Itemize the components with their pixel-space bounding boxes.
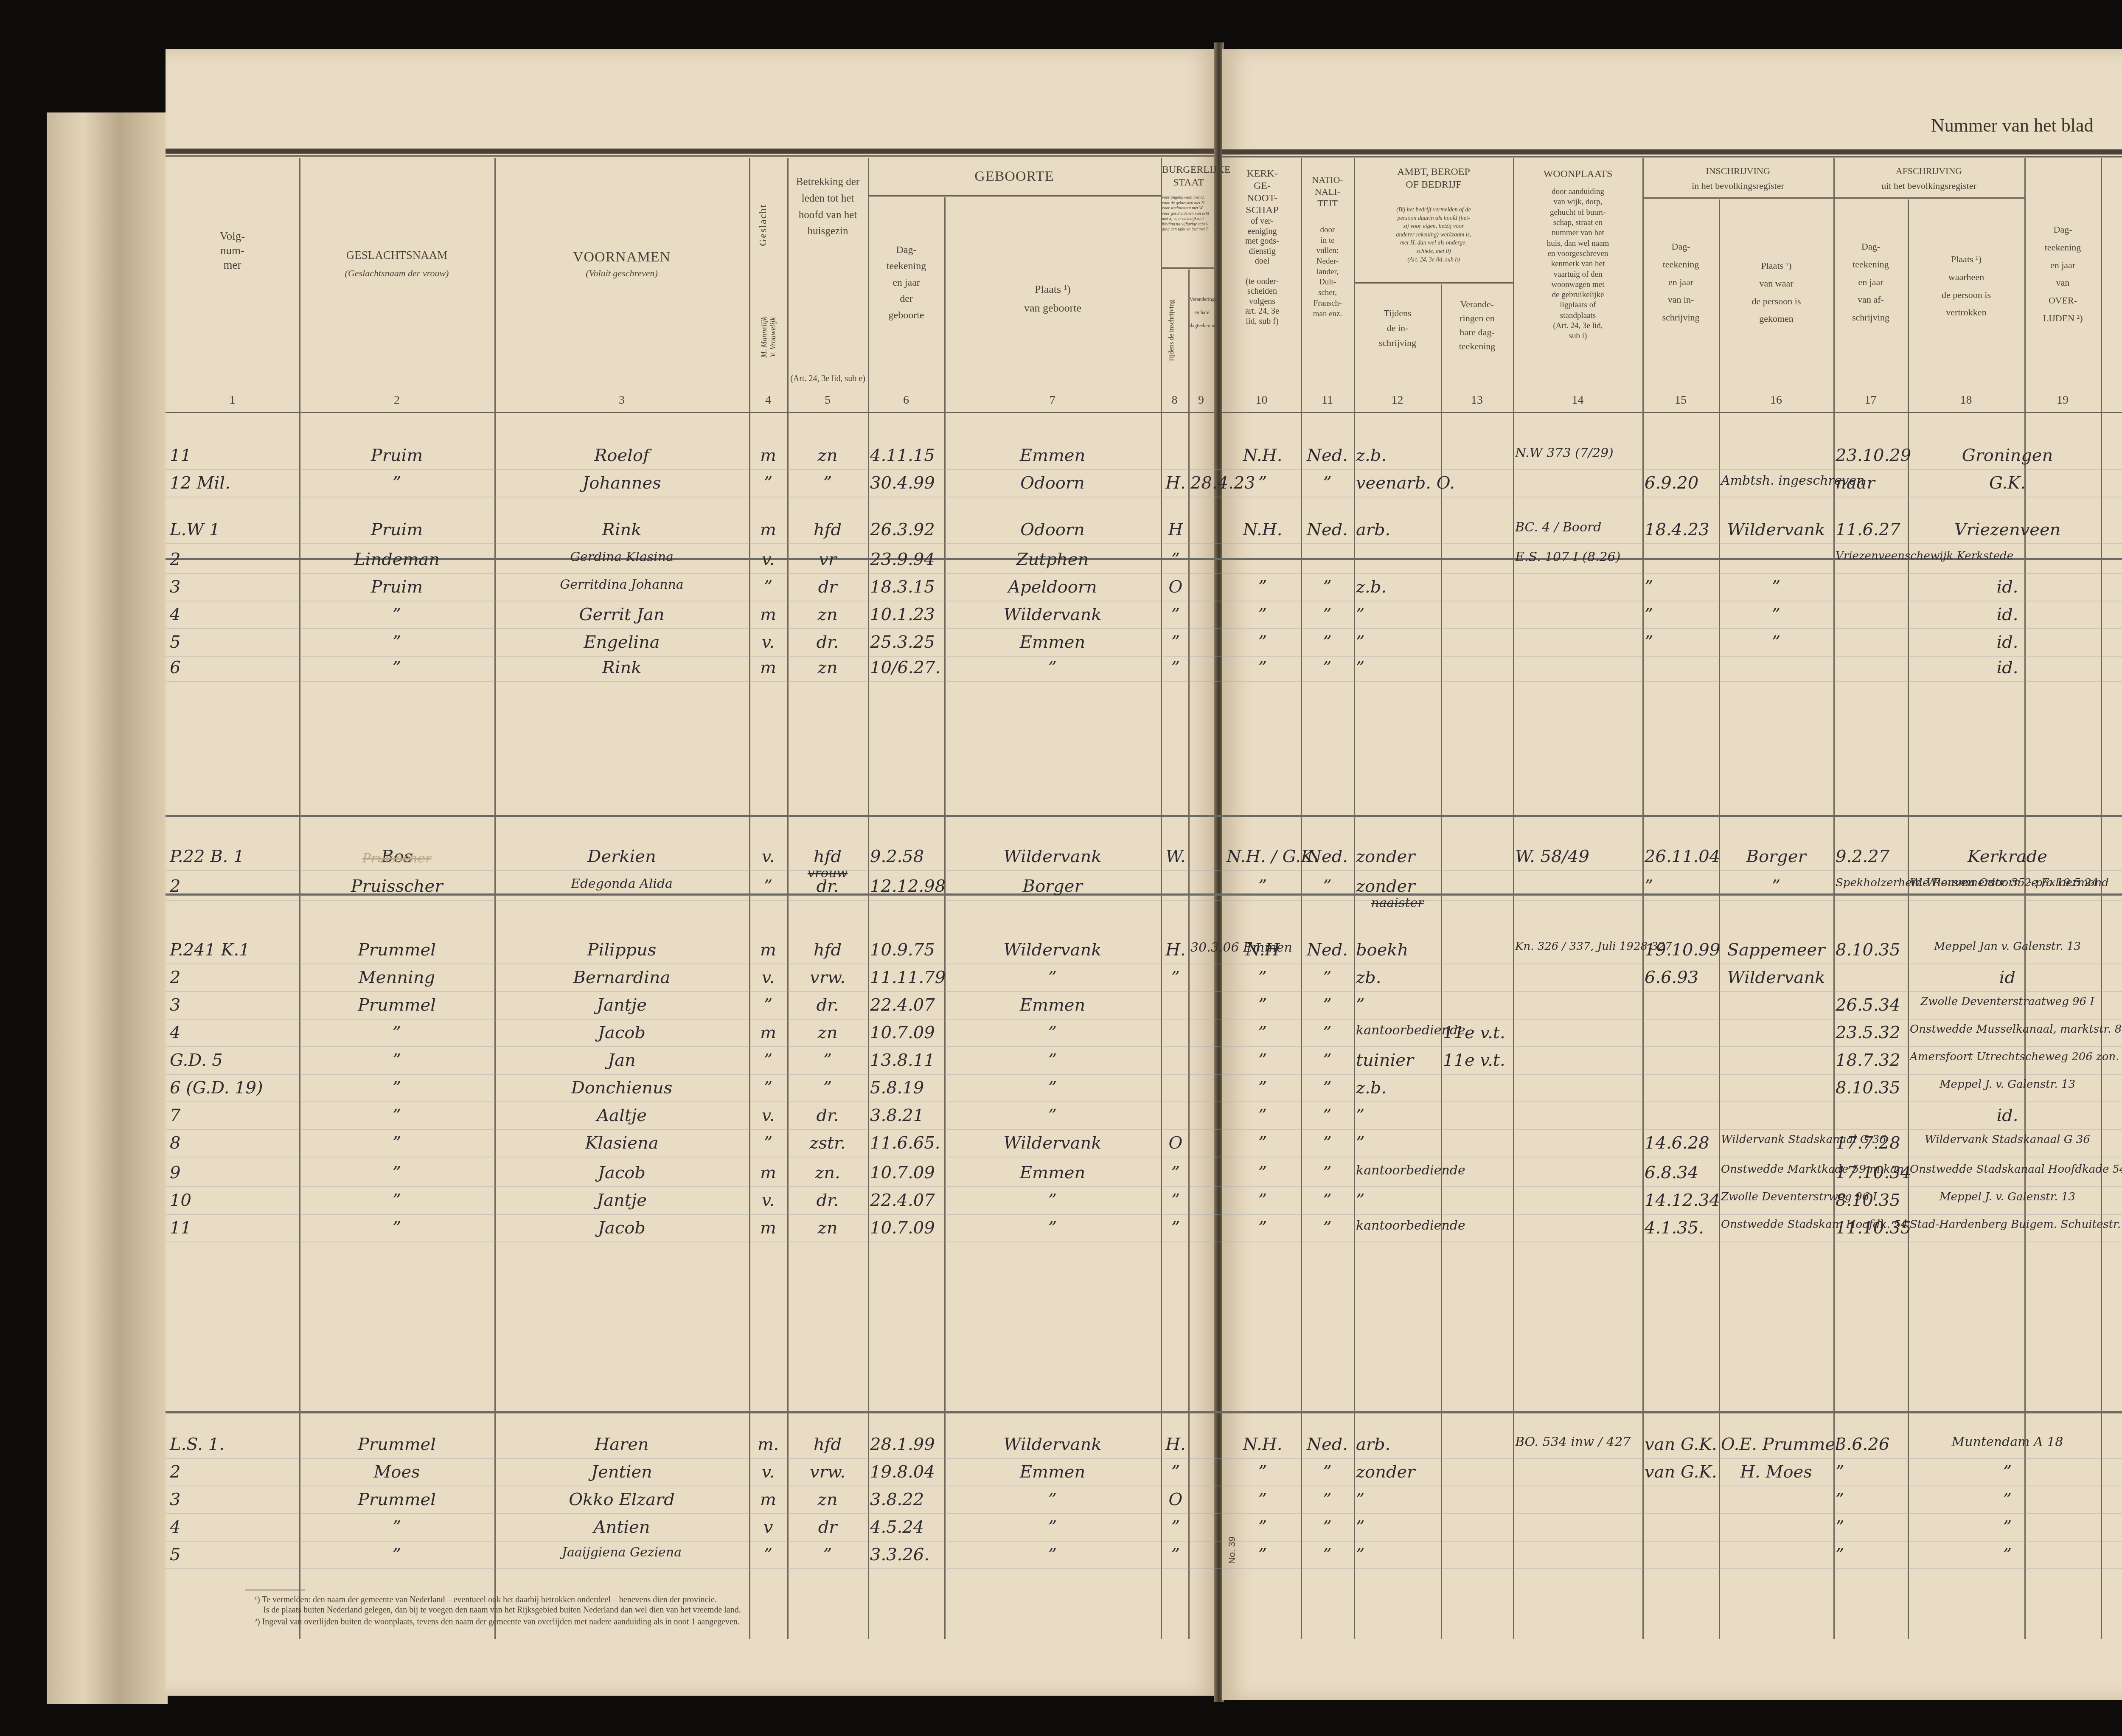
row-15-col-13: 11e v.t. xyxy=(1443,1051,1511,1070)
row-3-col-6: 26.3.92 xyxy=(870,520,942,539)
row-26-col-17: ” xyxy=(1836,1545,1906,1565)
row-3-col-3: Rink xyxy=(499,520,745,539)
row-17-col-6: 3.8.21 xyxy=(870,1106,942,1125)
row-8-col-5: zn xyxy=(789,658,866,677)
ruled-guide-line xyxy=(166,573,2122,574)
row-18-col-5: zstr. xyxy=(789,1133,866,1153)
header-top-rule-left xyxy=(166,149,1214,154)
row-13-col-6: 22.4.07 xyxy=(870,995,942,1015)
row-1-col-4: m xyxy=(751,446,785,465)
row-21-col-7: ” xyxy=(946,1218,1159,1238)
afschrijving-group-header: AFSCHRIJVING uit het bevolkingsregister xyxy=(1833,163,2024,193)
row-14-col-13: 11e v.t. xyxy=(1443,1023,1511,1042)
ruled-guide-line xyxy=(166,543,2122,544)
row-16-col-3: Donchienus xyxy=(499,1078,745,1098)
row-14-col-4: m xyxy=(751,1023,785,1042)
row-11-col-1: P.241 K.1 xyxy=(170,940,297,960)
col-number: 15 xyxy=(1642,393,1719,407)
row-19-col-15: 6.8.34 xyxy=(1645,1163,1717,1183)
col10-subheader: of ver- eeniging met gods- dienstig doel… xyxy=(1224,216,1300,327)
col-number: 7 xyxy=(944,393,1161,407)
col-divider xyxy=(2024,158,2026,1639)
col-number: 5 xyxy=(787,393,868,407)
col-number: 19 xyxy=(2024,393,2101,407)
row-20-col-15: 14.12.34 xyxy=(1645,1191,1717,1210)
row-5-col-2: Pruim xyxy=(303,577,490,597)
ambt-group-header: AMBT, BEROEP OF BEDRIJF xyxy=(1355,166,1512,191)
header-top-rule-left-thin xyxy=(166,155,1214,157)
row-3-col-12: arb. xyxy=(1356,520,1439,539)
row-7-col-12: ” xyxy=(1356,632,1439,652)
col5-subheader: (Art. 24, 3e lid, sub e) xyxy=(789,374,867,384)
row-2-col-3: Johannes xyxy=(499,473,745,493)
row-14-col-1: 4 xyxy=(170,1023,297,1042)
row-13-col-17: 26.5.34 xyxy=(1836,995,1906,1015)
row-26-col-6: 3.3.26. xyxy=(870,1545,942,1565)
ruled-guide-line xyxy=(166,1541,2122,1542)
ruled-guide-line xyxy=(166,1513,2122,1514)
row-19-col-1: 9 xyxy=(170,1163,297,1183)
row-3-col-1: L.W 1 xyxy=(170,520,297,539)
row-12-col-1: 2 xyxy=(170,968,297,987)
ruled-guide-line xyxy=(166,656,2122,657)
col-divider xyxy=(1188,270,1190,1639)
row-3-col-17: 11.6.27 xyxy=(1836,520,1906,539)
burgerlijke-staat-subheader: voor ongehuwden met O, voor de gehuwden … xyxy=(1162,195,1215,233)
row-5-col-18: id. xyxy=(1910,577,2105,597)
row-14-col-2: ” xyxy=(303,1023,490,1042)
row-5-col-7: Apeldoorn xyxy=(946,577,1159,597)
row-3-col-18: Vriezenveen xyxy=(1910,520,2105,539)
row-13-col-11: ” xyxy=(1303,995,1352,1015)
row-26-col-11: ” xyxy=(1303,1545,1352,1565)
geboorte-group-rule xyxy=(868,195,1161,197)
row-21-col-3: Jacob xyxy=(499,1218,745,1238)
row-13-col-2: Prummel xyxy=(303,995,490,1015)
row-22-col-11: Ned. xyxy=(1303,1435,1352,1454)
row-26-col-8: ” xyxy=(1163,1545,1188,1565)
col-number: 13 xyxy=(1441,393,1513,407)
col14-header: WOONPLAATS xyxy=(1514,168,1642,180)
row-26-col-12: ” xyxy=(1356,1545,1439,1565)
row-11-col-15: 19.10.99 xyxy=(1645,940,1717,960)
row-10-col-18: W. Wiersma Odoorn 2e Exloermond xyxy=(1910,876,2105,889)
row-12-col-12: zb. xyxy=(1356,968,1439,987)
row-23-col-8: ” xyxy=(1163,1462,1188,1482)
row-4-col-2: Lindeman xyxy=(303,550,490,569)
footnote-rule xyxy=(245,1590,305,1590)
row-7-col-1: 5 xyxy=(170,632,297,652)
row-16-col-17: 8.10.35 xyxy=(1836,1078,1906,1098)
row-22-col-1: L.S. 1. xyxy=(170,1435,297,1454)
row-9-col-15: 26.11.04 xyxy=(1645,847,1717,866)
row-7-col-6: 25.3.25 xyxy=(870,632,942,652)
row-8-col-6: 10/6.27. xyxy=(870,658,942,677)
row-6-col-15: ” xyxy=(1645,605,1717,624)
row-15-col-5: ” xyxy=(789,1051,866,1070)
row-23-col-5: vrw. xyxy=(789,1462,866,1482)
row-23-col-4: v. xyxy=(751,1462,785,1482)
row-19-col-4: m xyxy=(751,1163,785,1183)
ruled-guide-line xyxy=(166,991,2122,992)
row-17-col-4: v. xyxy=(751,1106,785,1125)
row-18-col-2: ” xyxy=(303,1133,490,1153)
row-8-col-18: id. xyxy=(1910,658,2105,677)
row-9-col-16: Borger xyxy=(1721,847,1831,866)
row-8-col-8: ” xyxy=(1163,658,1188,677)
row-16-col-4: ” xyxy=(751,1078,785,1098)
row-23-col-12: zonder xyxy=(1356,1462,1439,1482)
row-23-col-3: Jentien xyxy=(499,1462,745,1482)
row-6-col-7: Wildervank xyxy=(946,605,1159,624)
row-22-col-8: H. xyxy=(1163,1435,1188,1454)
row-18-col-17: 17.7.28 xyxy=(1836,1133,1906,1153)
ruled-guide-line xyxy=(166,1242,2122,1242)
row-9-col-12: zonder xyxy=(1356,847,1439,866)
row-6-col-12: ” xyxy=(1356,605,1439,624)
row-12-col-4: v. xyxy=(751,968,785,987)
row-18-col-10: ” xyxy=(1227,1133,1299,1153)
row-18-col-15: 14.6.28 xyxy=(1645,1133,1717,1153)
row-16-col-18: Meppel J. v. Galenstr. 13 xyxy=(1910,1078,2105,1091)
row-10-col-3: Edegonda Alida xyxy=(499,876,745,891)
row-21-col-17: 11.10.35 xyxy=(1836,1218,1906,1238)
row-19-col-5: zn. xyxy=(789,1163,866,1183)
inschrijving-group-header: INSCHRIJVING in het bevolkingsregister xyxy=(1642,163,1833,193)
row-20-col-10: ” xyxy=(1227,1191,1299,1210)
row-7-col-16: ” xyxy=(1721,632,1831,652)
row-24-col-17: ” xyxy=(1836,1490,1906,1509)
row-5-col-8: O xyxy=(1163,577,1188,597)
row-10-col-2: Pruisscher xyxy=(303,876,490,896)
row-5-col-16: ” xyxy=(1721,577,1831,597)
row-20-col-17: 8.10.35 xyxy=(1836,1191,1906,1210)
row-8-col-7: ” xyxy=(946,658,1159,677)
footnote-2: ²) Ingeval van overlijden buiten de woon… xyxy=(255,1617,1061,1627)
row-14-col-10: ” xyxy=(1227,1023,1299,1042)
row-17-col-5: dr. xyxy=(789,1106,866,1125)
row-3-col-15: 18.4.23 xyxy=(1645,520,1717,539)
row-2-col-15: 6.9.20 xyxy=(1645,473,1717,493)
row-4-col-17: Vriezenveenschewijk Kerkstede xyxy=(1836,550,1906,562)
row-7-col-11: ” xyxy=(1303,632,1352,652)
row-10-col-17: Spekholzerheide Rouvemerstr. 35 · p/a 19… xyxy=(1836,876,1906,889)
row-15-col-17: 18.7.32 xyxy=(1836,1051,1906,1070)
col20-header: AAN- MERKINGEN xyxy=(2102,238,2122,268)
ruled-guide-line xyxy=(166,1074,2122,1075)
row-11-col-2: Prummel xyxy=(303,940,490,960)
row-2-col-8: H. xyxy=(1163,473,1188,493)
row-7-col-3: Engelina xyxy=(499,632,745,652)
row-10-col-10: ” xyxy=(1227,876,1299,896)
col-divider xyxy=(299,158,300,1639)
row-22-col-4: m. xyxy=(751,1435,785,1454)
row-2-col-11: ” xyxy=(1303,473,1352,493)
row-18-col-1: 8 xyxy=(170,1133,297,1153)
row-25-col-10: ” xyxy=(1227,1517,1299,1537)
row-13-col-1: 3 xyxy=(170,995,297,1015)
col18-header: Plaats ¹) waarheen de persoon is vertrok… xyxy=(1909,250,2024,321)
geboorte-group-header: GEBOORTE xyxy=(868,168,1161,186)
row-17-col-2: ” xyxy=(303,1106,490,1125)
row-1-col-6: 4.11.15 xyxy=(870,446,942,465)
row-21-col-2: ” xyxy=(303,1218,490,1238)
row-21-col-8: ” xyxy=(1163,1218,1188,1238)
row-19-col-17: 17.10.34 xyxy=(1836,1163,1906,1183)
row-1-col-1: 11 xyxy=(170,446,297,465)
row-24-col-6: 3.8.22 xyxy=(870,1490,942,1509)
row-18-col-6: 11.6.65. xyxy=(870,1133,942,1153)
row-1-col-12: z.b. xyxy=(1356,446,1439,465)
row-18-col-8: O xyxy=(1163,1133,1188,1153)
row-2-col-7: Odoorn xyxy=(946,473,1159,493)
row-6-col-5: zn xyxy=(789,605,866,624)
col16-header: Plaats ¹) van waar de persoon is gekomen xyxy=(1720,257,1833,328)
row-12-col-11: ” xyxy=(1303,968,1352,987)
row-17-col-10: ” xyxy=(1227,1106,1299,1125)
page-stack-left xyxy=(47,112,168,1704)
row-25-col-12: ” xyxy=(1356,1517,1439,1537)
col2-header: GESLACHTSNAAM xyxy=(301,248,492,263)
col-number: 14 xyxy=(1513,393,1642,407)
row-11-col-7: Wildervank xyxy=(946,940,1159,960)
row-11-col-8: H. xyxy=(1163,940,1188,960)
row-26-col-1: 5 xyxy=(170,1545,297,1565)
row-14-col-11: ” xyxy=(1303,1023,1352,1042)
row-1-col-3: Roelof xyxy=(499,446,745,465)
row-3-col-11: Ned. xyxy=(1303,520,1352,539)
col5-header: Betrekking der leden tot het hoofd van h… xyxy=(789,174,867,240)
row-6-col-16: ” xyxy=(1721,605,1831,624)
row-12-col-2: Menning xyxy=(303,968,490,987)
col-number: 9 xyxy=(1188,393,1214,407)
row-4-col-8: ” xyxy=(1163,550,1188,569)
ruled-guide-line xyxy=(166,628,2122,629)
row-13-col-10: ” xyxy=(1227,995,1299,1015)
row-6-col-3: Gerrit Jan xyxy=(499,605,745,624)
row-23-col-16: H. Moes xyxy=(1721,1462,1831,1482)
row-3-col-16: Wildervank xyxy=(1721,520,1831,539)
row-23-col-18: ” xyxy=(1910,1462,2105,1482)
row-1-col-11: Ned. xyxy=(1303,446,1352,465)
col-divider xyxy=(1719,199,1720,1639)
row-22-col-16: O.E. Prummel xyxy=(1721,1435,1831,1454)
row-10-col-5: dr. xyxy=(789,876,866,896)
row-21-col-6: 10.7.09 xyxy=(870,1218,942,1238)
row-7-col-15: ” xyxy=(1645,632,1717,652)
row-3-col-8: H xyxy=(1163,520,1188,539)
row-25-col-5: dr xyxy=(789,1517,866,1537)
row-22-col-7: Wildervank xyxy=(946,1435,1159,1454)
ruled-guide-line xyxy=(166,900,2122,901)
row-24-col-5: zn xyxy=(789,1490,866,1509)
row-8-col-1: 6 xyxy=(170,658,297,677)
row-7-col-5: dr. xyxy=(789,632,866,652)
row-18-col-4: ” xyxy=(751,1133,785,1153)
row-23-col-10: ” xyxy=(1227,1462,1299,1482)
row-12-col-7: ” xyxy=(946,968,1159,987)
row-7-col-10: ” xyxy=(1227,632,1299,652)
ruled-guide-line xyxy=(166,1101,2122,1102)
row-23-col-11: ” xyxy=(1303,1462,1352,1482)
household-separator xyxy=(166,1411,2122,1413)
row-11-col-3: Pilippus xyxy=(499,940,745,960)
row-17-col-7: ” xyxy=(946,1106,1159,1125)
row-11-col-11: Ned. xyxy=(1303,940,1352,960)
footnote-1: ¹) Te vermelden: den naam der gemeente v… xyxy=(255,1595,1061,1605)
col19-header: Dag- teekening en jaar van OVER- LIJDEN … xyxy=(2026,221,2100,327)
row-14-col-17: 23.5.32 xyxy=(1836,1023,1906,1042)
col-number: 3 xyxy=(497,393,747,407)
row-26-col-7: ” xyxy=(946,1545,1159,1565)
row-9-col-3: Derkien xyxy=(499,847,745,866)
col1-header: Volg- num- mer xyxy=(168,229,297,272)
col-number: 2 xyxy=(301,393,492,407)
row-17-col-1: 7 xyxy=(170,1106,297,1125)
row-19-col-16: Onstwedde Marktkade 59 m.kan xyxy=(1721,1163,1831,1176)
row-5-col-6: 18.3.15 xyxy=(870,577,942,597)
header-top-rule-right xyxy=(1222,149,2122,154)
row-22-col-17: 3.6.26 xyxy=(1836,1435,1906,1454)
row-26-col-4: ” xyxy=(751,1545,785,1565)
row-25-col-11: ” xyxy=(1303,1517,1352,1537)
col3-header: VOORNAMEN xyxy=(497,248,747,267)
row-17-col-18: id. xyxy=(1910,1106,2105,1125)
row-2-col-16: Ambtsh. ingeschreven xyxy=(1721,473,1831,488)
row-1-col-10: N.H. xyxy=(1227,446,1299,465)
row-10-col-11: ” xyxy=(1303,876,1352,896)
col3-subheader: (Voluit geschreven) xyxy=(497,267,747,279)
row-25-col-17: ” xyxy=(1836,1517,1906,1537)
row-3-col-14: BC. 4 / Boord xyxy=(1515,520,1640,535)
row-14-col-6: 10.7.09 xyxy=(870,1023,942,1042)
row-4-col-14: E.S. 107 I (8.26) xyxy=(1515,550,1640,565)
row-24-col-7: ” xyxy=(946,1490,1159,1509)
row-2-col-2: ” xyxy=(303,473,490,493)
row-12-col-6: 11.11.79 xyxy=(870,968,942,987)
row-24-col-18: ” xyxy=(1910,1490,2105,1509)
row-10-col-1: 2 xyxy=(170,876,297,896)
row-5-col-12: z.b. xyxy=(1356,577,1439,597)
ruled-guide-line xyxy=(166,469,2122,470)
col-number: 11 xyxy=(1301,393,1354,407)
row-2-col-12: veenarb. O. xyxy=(1356,473,1439,493)
row-23-col-6: 19.8.04 xyxy=(870,1462,942,1482)
inschrijving-group-rule xyxy=(1642,197,1833,199)
row-23-col-15: van G.K. xyxy=(1645,1462,1717,1482)
row-3-col-5: hfd xyxy=(789,520,866,539)
row-18-col-7: Wildervank xyxy=(946,1133,1159,1153)
row-24-col-2: Prummel xyxy=(303,1490,490,1509)
row-12-col-10: ” xyxy=(1227,968,1299,987)
row-20-col-8: ” xyxy=(1163,1191,1188,1210)
row-19-col-8: ” xyxy=(1163,1163,1188,1183)
row-24-col-3: Okko Elzard xyxy=(499,1490,745,1509)
col14-subheader: door aanduiding van wijk, dorp, gehucht … xyxy=(1514,187,1642,342)
col-divider xyxy=(749,158,750,1639)
row-13-col-3: Jantje xyxy=(499,995,745,1015)
row-26-col-3: Jaaijgiena Geziena xyxy=(499,1545,745,1560)
row-11-col-5: hfd xyxy=(789,940,866,960)
row-21-col-18: Stad-Hardenberg Buigem. Schuitestr. 6/a … xyxy=(1910,1218,2105,1231)
row-10-col-6: 12.12.98 xyxy=(870,876,942,896)
row-24-col-1: 3 xyxy=(170,1490,297,1509)
col-number: 12 xyxy=(1354,393,1441,407)
ruled-guide-line xyxy=(166,1186,2122,1187)
col2-subheader: (Geslachtsnaam der vrouw) xyxy=(301,267,492,279)
col-divider xyxy=(2101,158,2102,1639)
row-4-col-6: 23.9.94 xyxy=(870,550,942,569)
row-20-col-11: ” xyxy=(1303,1191,1352,1210)
row-22-col-12: arb. xyxy=(1356,1435,1439,1454)
ruled-guide-line xyxy=(166,681,2122,682)
row-20-col-5: dr. xyxy=(789,1191,866,1210)
row-15-col-10: ” xyxy=(1227,1051,1299,1070)
row-25-col-3: Antien xyxy=(499,1517,745,1537)
row-1-col-7: Emmen xyxy=(946,446,1159,465)
row-18-col-18: Wildervank Stadskanaal G 36 xyxy=(1910,1133,2105,1146)
row-9-col-17: 9.2.27 xyxy=(1836,847,1906,866)
row-22-col-15: van G.K. xyxy=(1645,1435,1717,1454)
row-2-col-18: G.K. xyxy=(1910,473,2105,493)
row-19-col-11: ” xyxy=(1303,1163,1352,1183)
col11-subheader: door in te vullen: Neder- lander, Duit- … xyxy=(1302,225,1353,319)
col-divider xyxy=(1161,158,1162,1639)
row-12-col-3: Bernardina xyxy=(499,968,745,987)
row-9-col-4: v. xyxy=(751,847,785,866)
col11-header: NATIO- NALI- TEIT xyxy=(1302,174,1353,209)
row-2-col-17: naar xyxy=(1836,473,1906,493)
row-2-col-5: ” xyxy=(789,473,866,493)
ruled-guide-line xyxy=(166,1046,2122,1047)
row-9-col-8: W. xyxy=(1163,847,1188,866)
row-8-col-3: Rink xyxy=(499,658,745,677)
row-18-col-16: Wildervank Stadskanaal G 36 xyxy=(1721,1133,1831,1146)
row-19-col-3: Jacob xyxy=(499,1163,745,1183)
col4-header: Geslacht xyxy=(758,178,769,272)
row-4-col-1: 2 xyxy=(170,550,297,569)
row-17-col-3: Aaltje xyxy=(499,1106,745,1125)
ruled-guide-line xyxy=(166,1486,2122,1486)
row-11-col-14: Kn. 326 / 337, Juli 1928 327 xyxy=(1515,940,1640,953)
row-13-col-12: ” xyxy=(1356,995,1439,1015)
row-9-col-1: P.22 B. 1 xyxy=(170,847,297,866)
row-25-col-2: ” xyxy=(303,1517,490,1537)
row-10-col-7: Borger xyxy=(946,876,1159,896)
row-24-col-4: m xyxy=(751,1490,785,1509)
col-divider xyxy=(494,158,496,1639)
row-9-col-7: Wildervank xyxy=(946,847,1159,866)
row-10-col-15: ” xyxy=(1645,876,1717,896)
row-10-col-4: ” xyxy=(751,876,785,896)
row-2-col-6: 30.4.99 xyxy=(870,473,942,493)
col-divider xyxy=(1908,199,1909,1639)
row-8-col-10: ” xyxy=(1227,658,1299,677)
row-26-col-18: ” xyxy=(1910,1545,2105,1565)
col4-subheader: M. Mannelijk V. Vrouwelijk xyxy=(760,280,778,395)
row-22-col-14: BO. 534 inw / 427 xyxy=(1515,1435,1640,1449)
row-24-col-10: ” xyxy=(1227,1490,1299,1509)
row-13-col-7: Emmen xyxy=(946,995,1159,1015)
row-7-col-8: ” xyxy=(1163,632,1188,652)
col9-header: Veranderingen en hare dagteekening xyxy=(1190,293,1214,333)
row-23-col-17: ” xyxy=(1836,1462,1906,1482)
row-15-col-18: Amersfoort Utrechtscheweg 206 zon. p. kl… xyxy=(1910,1051,2105,1063)
col-number: 10 xyxy=(1222,393,1301,407)
row-16-col-10: ” xyxy=(1227,1078,1299,1098)
row-11-col-16: Sappemeer xyxy=(1721,940,1831,960)
col20-subheader: (Art. 24, 5e lid) xyxy=(2102,272,2122,282)
